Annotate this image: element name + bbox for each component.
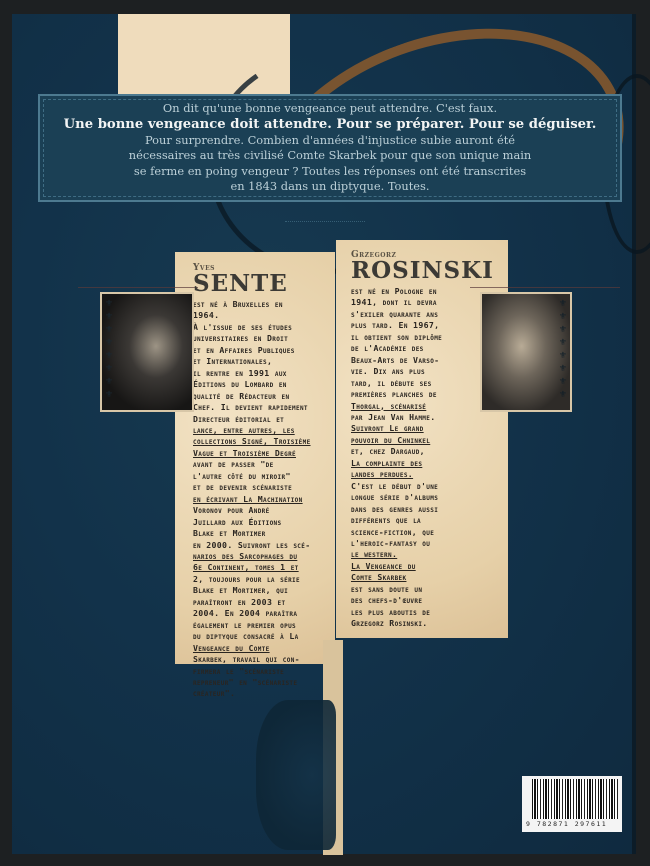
bio-line: tard, il débute ses bbox=[351, 378, 501, 389]
bio-line: 2004. En 2004 paraîtra bbox=[193, 608, 335, 619]
bio-line: Grzegorz Rosinski. bbox=[351, 618, 501, 629]
bio-line: 1941, dont il devra bbox=[351, 297, 501, 308]
engraving-sketch bbox=[256, 700, 336, 850]
fleur-de-lis-border-icon: ⚜⚜⚜⚜⚜⚜⚜⚜ bbox=[105, 298, 113, 402]
bio-line: des chefs-d'œuvre bbox=[351, 595, 501, 606]
bio-line: collections Signé, Troisième bbox=[193, 436, 335, 447]
bio-line: Thorgal, scénarisé bbox=[351, 401, 501, 412]
bio-line: Vengeance du Comte bbox=[193, 643, 335, 654]
scroll-ornament bbox=[285, 204, 365, 222]
bio-line: premières planches de bbox=[351, 389, 501, 400]
bio-line: Beaux-Arts de Varso- bbox=[351, 355, 501, 366]
blurb-line: en 1843 dans un diptyque. Toutes. bbox=[40, 179, 620, 195]
fleur-de-lis-border-icon: ⚜⚜⚜⚜⚜⚜⚜⚜ bbox=[559, 298, 567, 402]
bio-line: Directeur éditorial et bbox=[193, 414, 335, 425]
bio-line: vie. Dix ans plus bbox=[351, 366, 501, 377]
bio-line: et en Affaires Publiques bbox=[193, 345, 335, 356]
bio-line: Skarbek, travail qui con- bbox=[193, 654, 335, 665]
bio-line: en écrivant La Machination bbox=[193, 494, 335, 505]
bio-line: longue série d'albums bbox=[351, 492, 501, 503]
bio-line: Voronov pour André bbox=[193, 505, 335, 516]
barcode-number: 9 782871 297611 bbox=[526, 819, 618, 829]
bio-line: Éditions du Lombard en bbox=[193, 379, 335, 390]
bio-line: 1964. bbox=[193, 310, 335, 321]
bio-line: Blake et Mortimer, qui bbox=[193, 585, 335, 596]
author-last-name: Rosinski bbox=[351, 260, 501, 282]
bio-line: La complainte des bbox=[351, 458, 501, 469]
bio-line: universitaires en Droit bbox=[193, 333, 335, 344]
bio-line: Vague et Troisième Degré bbox=[193, 448, 335, 459]
blurb-line: se ferme en poing vengeur ? Toutes les r… bbox=[40, 164, 620, 180]
bio-line: il rentre en 1991 aux bbox=[193, 368, 335, 379]
author-photo-rosinski: ⚜⚜⚜⚜⚜⚜⚜⚜ bbox=[480, 292, 572, 412]
blurb-line: nécessaires au très civilisé Comte Skarb… bbox=[40, 148, 620, 164]
bio-line: il obtient son diplôme bbox=[351, 332, 501, 343]
author-photo-sente: ⚜⚜⚜⚜⚜⚜⚜⚜ bbox=[100, 292, 194, 412]
bio-line: À l'issue de ses études bbox=[193, 322, 335, 333]
bio-line: landes perdues. bbox=[351, 469, 501, 480]
bio-line: est né à Bruxelles en bbox=[193, 299, 335, 310]
bio-line: 6e Continent, tomes 1 et bbox=[193, 562, 335, 573]
barcode-bars bbox=[532, 779, 618, 819]
bio-line: science-fiction, que bbox=[351, 527, 501, 538]
bio-line: différents que la bbox=[351, 515, 501, 526]
bio-line: Juillard aux Éditions bbox=[193, 517, 335, 528]
bio-line: est né en Pologne en bbox=[351, 286, 501, 297]
bio-line: paraîtront en 2003 et bbox=[193, 597, 335, 608]
bio-line: dans des genres aussi bbox=[351, 504, 501, 515]
author-column-left: Yves Sente est né à Bruxelles en 1964. À… bbox=[193, 263, 335, 700]
bio-line: l'autre côté du miroir" bbox=[193, 471, 335, 482]
bio-line: s'exiler quarante ans bbox=[351, 309, 501, 320]
divider-line-left bbox=[78, 287, 198, 288]
bio-line: les plus aboutis de bbox=[351, 607, 501, 618]
blurb-banner: On dit qu'une bonne vengeance peut atten… bbox=[38, 94, 622, 202]
bio-line: qualité de Rédacteur en bbox=[193, 391, 335, 402]
bio-line: Chef. Il devient rapidement bbox=[193, 402, 335, 413]
bio-line: firmera le "scénariste bbox=[193, 666, 335, 677]
bio-line: et, chez Dargaud, bbox=[351, 446, 501, 457]
bio-line: également le premier opus bbox=[193, 620, 335, 631]
author-last-name: Sente bbox=[193, 273, 335, 295]
bio-line: Comte Skarbek bbox=[351, 572, 501, 583]
book-back-cover: On dit qu'une bonne vengeance peut atten… bbox=[0, 0, 650, 866]
author-bio: est né à Bruxelles en 1964. À l'issue de… bbox=[193, 299, 335, 700]
bio-line: pouvoir du Chninkel bbox=[351, 435, 501, 446]
bio-line: le western. bbox=[351, 549, 501, 560]
blurb-headline: Une bonne vengeance doit attendre. Pour … bbox=[40, 117, 620, 133]
bio-line: plus tard. En 1967, bbox=[351, 320, 501, 331]
bio-line: lance, entre autres, les bbox=[193, 425, 335, 436]
blurb-line: On dit qu'une bonne vengeance peut atten… bbox=[40, 101, 620, 117]
bio-line: repreneur" en "scénariste bbox=[193, 677, 335, 688]
bio-line: Blake et Mortimer bbox=[193, 528, 335, 539]
bio-line: l'heroic-fantasy ou bbox=[351, 538, 501, 549]
bio-line: narios des Sarcophages du bbox=[193, 551, 335, 562]
bio-line: de l'Académie des bbox=[351, 343, 501, 354]
bio-line: du diptyque consacré à La bbox=[193, 631, 335, 642]
bio-line: est sans doute un bbox=[351, 584, 501, 595]
author-bio: est né en Pologne en 1941, dont il devra… bbox=[351, 286, 501, 630]
bio-line: avant de passer "de bbox=[193, 459, 335, 470]
bio-line: et de devenir scénariste bbox=[193, 482, 335, 493]
author-column-right: Grzegorz Rosinski est né en Pologne en 1… bbox=[351, 250, 501, 630]
bio-line: créateur". bbox=[193, 688, 335, 699]
bio-line: C'est le début d'une bbox=[351, 481, 501, 492]
bio-line: en 2000. Suivront les scé- bbox=[193, 540, 335, 551]
blurb-line: Pour surprendre. Combien d'années d'inju… bbox=[40, 133, 620, 149]
bio-line: 2, toujours pour la série bbox=[193, 574, 335, 585]
bio-line: et Internationales, bbox=[193, 356, 335, 367]
bio-line: La Vengeance du bbox=[351, 561, 501, 572]
bio-line: par Jean Van Hamme. bbox=[351, 412, 501, 423]
isbn-barcode: 9 782871 297611 bbox=[522, 776, 622, 832]
bio-line: Suivront Le grand bbox=[351, 423, 501, 434]
